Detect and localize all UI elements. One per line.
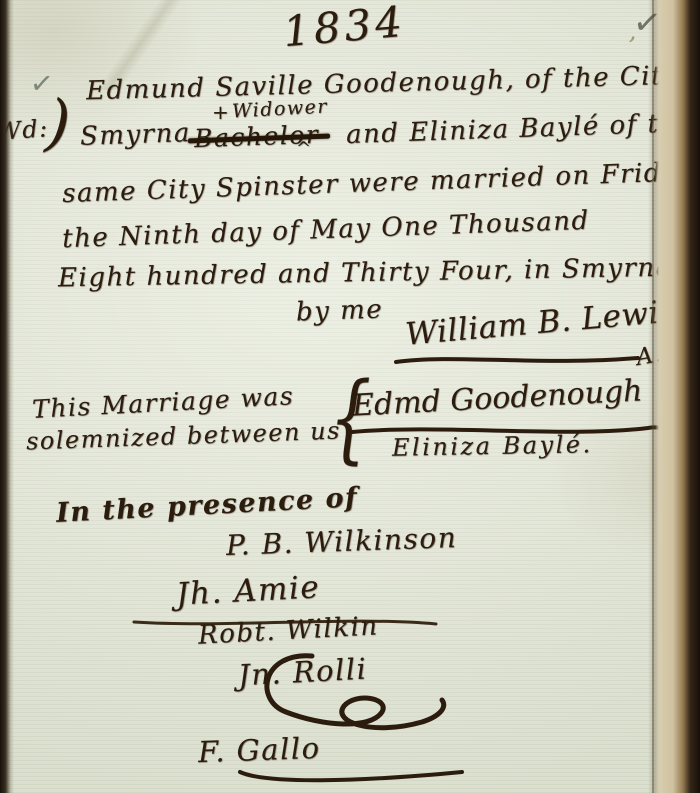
margin-paren: ) bbox=[44, 91, 74, 155]
record-line-2-end: and Eliniza Baylé of the bbox=[346, 110, 695, 148]
book-page-edge bbox=[648, 0, 700, 793]
record-line-5: Eight hundred and Thirty Four, in Smyrna bbox=[58, 255, 673, 292]
witness-4-loop-flourish bbox=[252, 650, 452, 745]
witness-signature-3: Robt. Wilkin bbox=[197, 613, 379, 648]
binding-gutter bbox=[0, 0, 14, 793]
record-line-6-by-me: by me bbox=[296, 296, 384, 325]
witness-heading: In the presence of bbox=[56, 484, 359, 527]
witness-5-tail-flourish bbox=[236, 766, 466, 786]
officiant-signature: William B. Lewis bbox=[404, 296, 676, 350]
witness-signature-2: Jh. Amie bbox=[175, 572, 321, 611]
year-heading: 1834 bbox=[281, 1, 407, 54]
witness-signature-5: F. Gallo bbox=[198, 734, 321, 767]
pencil-stray-tick: ’ bbox=[623, 33, 637, 60]
record-line-4: the Ninth day of May One Thousand bbox=[62, 208, 590, 252]
officiant-underline-flourish bbox=[392, 352, 642, 368]
attestation-line-1: This Marriage was bbox=[32, 383, 295, 422]
attestation-line-2: solemnized between us bbox=[26, 419, 342, 454]
bride-signature: Eliniza Baylé. bbox=[392, 432, 593, 459]
record-line-3: same City Spinster were married on Frida… bbox=[62, 159, 696, 207]
record-line-2-start: Smyrna bbox=[80, 120, 192, 150]
inserted-word-widower: Widower bbox=[232, 98, 329, 122]
groom-signature: Edmd Goodenough bbox=[351, 376, 643, 421]
witness-signature-1: P. B. Wilkinson bbox=[226, 524, 458, 560]
insert-plus-mark: + bbox=[212, 102, 230, 122]
manuscript-page: 1834 ✓ ’ ✓ Wd: ) Edmund Saville Goodenou… bbox=[0, 0, 700, 793]
insert-caret: ^ bbox=[296, 140, 313, 158]
